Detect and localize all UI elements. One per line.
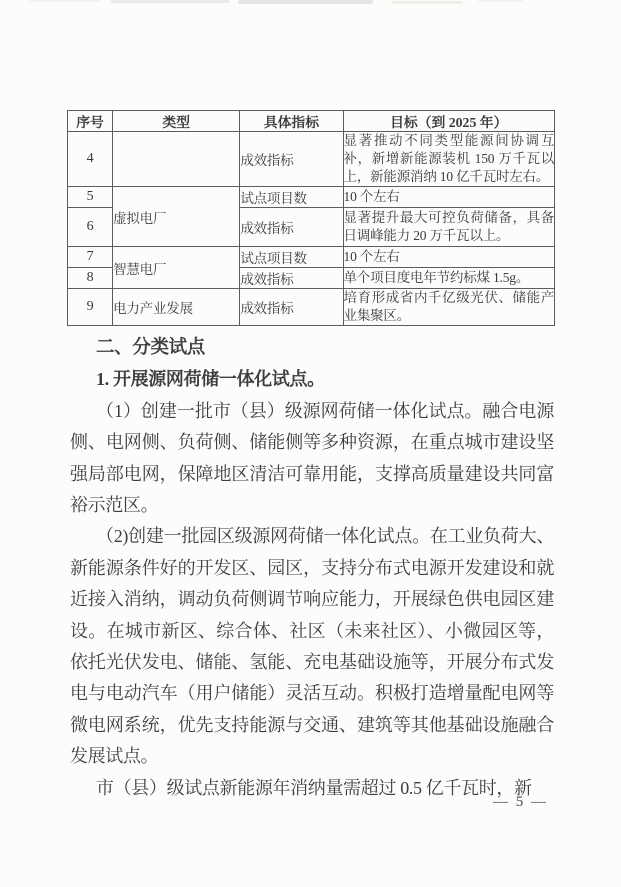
cell-target: 培育形成省内千亿级光伏、储能产业集聚区。 bbox=[343, 289, 554, 326]
cell-indicator: 成效指标 bbox=[240, 132, 343, 187]
cell-type: 智慧电厂 bbox=[113, 247, 240, 289]
cell-indicator: 成效指标 bbox=[240, 289, 343, 326]
item-heading: 1. 开展源网荷储一体化试点。 bbox=[70, 364, 554, 395]
column-header-indicator: 具体指标 bbox=[240, 111, 343, 132]
cell-no: 7 bbox=[68, 247, 113, 268]
column-header-no: 序号 bbox=[68, 111, 113, 132]
indicator-table: 序号 类型 具体指标 目标（到 2025 年） 4 成效指标 显著推动不同类型能… bbox=[67, 110, 555, 326]
table-row: 7 智慧电厂 试点项目数 10 个左右 bbox=[68, 247, 555, 268]
table-row: 5 虚拟电厂 试点项目数 10 个左右 bbox=[68, 187, 555, 208]
document-page: 序号 类型 具体指标 目标（到 2025 年） 4 成效指标 显著推动不同类型能… bbox=[0, 0, 621, 887]
scan-artifact bbox=[30, 0, 100, 2]
paragraph: （1）创建一批市（县）级源网荷储一体化试点。融合电源侧、电网侧、负荷侧、储能侧等… bbox=[70, 396, 554, 522]
cell-indicator: 试点项目数 bbox=[240, 187, 343, 208]
cell-indicator: 成效指标 bbox=[240, 268, 343, 289]
cell-no: 6 bbox=[68, 208, 113, 247]
table-header-row: 序号 类型 具体指标 目标（到 2025 年） bbox=[68, 111, 555, 132]
scan-artifact bbox=[392, 1, 462, 4]
cell-type: 虚拟电厂 bbox=[113, 187, 240, 247]
table-row: 9 电力产业发展 成效指标 培育形成省内千亿级光伏、储能产业集聚区。 bbox=[68, 289, 555, 326]
cell-no: 8 bbox=[68, 268, 113, 289]
column-header-type: 类型 bbox=[113, 111, 240, 132]
cell-target: 10 个左右 bbox=[343, 247, 554, 268]
column-header-target: 目标（到 2025 年） bbox=[343, 111, 554, 132]
cell-type: 电力产业发展 bbox=[113, 289, 240, 326]
cell-target: 单个项目度电年节约标煤 1.5g。 bbox=[343, 268, 554, 289]
cell-target: 显著提升最大可控负荷储备，具备日调峰能力 20 万千瓦以上。 bbox=[343, 208, 554, 247]
scan-artifact bbox=[478, 0, 523, 2]
scan-artifact bbox=[238, 0, 373, 4]
cell-target: 10 个左右 bbox=[343, 187, 554, 208]
cell-target: 显著推动不同类型能源间协调互补，新增新能源装机 150 万千瓦以上，新能源消纳 … bbox=[343, 132, 554, 187]
cell-indicator: 成效指标 bbox=[240, 208, 343, 247]
cell-no: 9 bbox=[68, 289, 113, 326]
paragraph: （2)创建一批园区级源网荷储一体化试点。在工业负荷大、新能源条件好的开发区、园区… bbox=[70, 521, 554, 772]
document-body: 二、分类试点 1. 开展源网荷储一体化试点。 （1）创建一批市（县）级源网荷储一… bbox=[70, 333, 554, 804]
section-heading: 二、分类试点 bbox=[70, 333, 554, 364]
cell-no: 5 bbox=[68, 187, 113, 208]
paragraph: 市（县）级试点新能源年消纳量需超过 0.5 亿千瓦时，新 bbox=[70, 773, 554, 804]
table-row: 4 成效指标 显著推动不同类型能源间协调互补，新增新能源装机 150 万千瓦以上… bbox=[68, 132, 555, 187]
cell-no: 4 bbox=[68, 132, 113, 187]
cell-indicator: 试点项目数 bbox=[240, 247, 343, 268]
page-number: — 5 — bbox=[493, 794, 548, 811]
scan-artifact bbox=[110, 0, 230, 3]
cell-type bbox=[113, 132, 240, 187]
